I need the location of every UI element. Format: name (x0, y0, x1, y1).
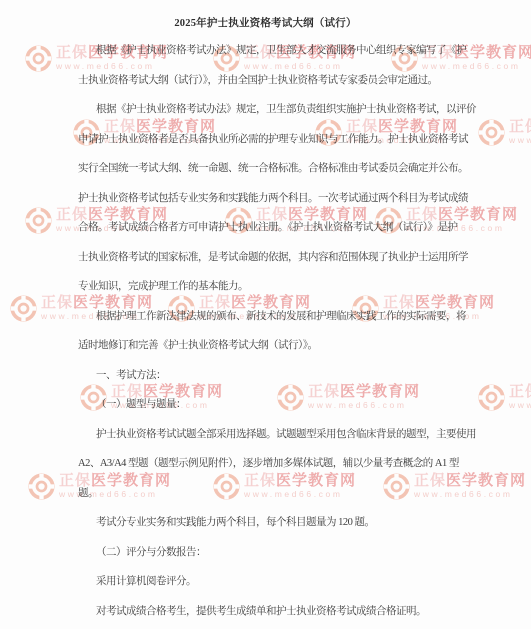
text-line: 根据《护士执业资格考试办法》规定，卫生部人才交流服务中心组织专家编写了《护 (78, 44, 531, 74)
text-line: 根据《护士执业资格考试办法》规定，卫生部负责组织实施护士执业资格考试，以评价 (78, 103, 531, 133)
med66-logo-icon (25, 207, 52, 234)
text-line: （一）题型与题量： (78, 398, 531, 428)
document-page: 正保医学教育网www.med66.com正保医学教育网www.med66.com… (0, 0, 531, 629)
text-line: 题。 (78, 487, 531, 517)
text-line: 士执业资格考试的国家标准，是考试命题的依据，其内容和范围体现了执业护士运用所学 (78, 251, 531, 281)
text-line: 一、考试方法： (78, 369, 531, 399)
title-row: 2025年护士执业资格考试大纲（试行） (0, 13, 531, 31)
text-line: （二）评分与分数报告： (78, 546, 531, 576)
text-line: 护士执业资格考试包括专业实务和实践能力两个科目。一次考试通过两个科目为考试成绩 (78, 192, 531, 222)
text-line: 护士执业资格考试试题全部采用选择题。试题题型采用包含临床背景的题型，主要使用 (78, 428, 531, 458)
text-line: 实行全国统一考试大纲、统一命题、统一合格标准。合格标准由考试委员会确定并公布。 (78, 162, 531, 192)
text-line: 对考试成绩合格考生，提供考生成绩单和护士执业资格考试成绩合格证明。 (78, 605, 531, 629)
med66-logo-icon (25, 45, 52, 72)
text-line: 考试分专业实务和实践能力两个科目，每个科目题量为 120 题。 (78, 516, 531, 546)
med66-logo-icon (10, 295, 37, 322)
med66-logo-icon (28, 473, 55, 500)
document-body: 根据《护士执业资格考试办法》规定，卫生部人才交流服务中心组织专家编写了《护士执业… (78, 44, 531, 629)
text-line: 士执业资格考试大纲（试行）》，并由全国护士执业资格考试专家委员会审定通过。 (78, 74, 531, 104)
text-line: 根据护理工作新法律法规的颁布、新技术的发展和护理临床实践工作的实际需要，将 (78, 310, 531, 340)
text-line: 申请护士执业资格者是否具备执业所必需的护理专业知识与工作能力。护士执业资格考试 (78, 133, 531, 163)
page-title: 2025年护士执业资格考试大纲（试行） (174, 15, 356, 30)
text-line: 专业知识，完成护理工作的基本能力。 (78, 280, 531, 310)
text-line: A2、A3/A4 型题（题型示例见附件），逐步增加多媒体试题，辅以少量考查概念的… (78, 457, 531, 487)
text-line: 合格。考试成绩合格者方可申请护士执业注册。《护士执业资格考试大纲（试行）》是护 (78, 221, 531, 251)
text-line: 适时地修订和完善《护士执业资格考试大纲（试行）》。 (78, 339, 531, 369)
watermark-brand-prefix: 正保 (41, 294, 73, 311)
text-line: 采用计算机阅卷评分。 (78, 575, 531, 605)
